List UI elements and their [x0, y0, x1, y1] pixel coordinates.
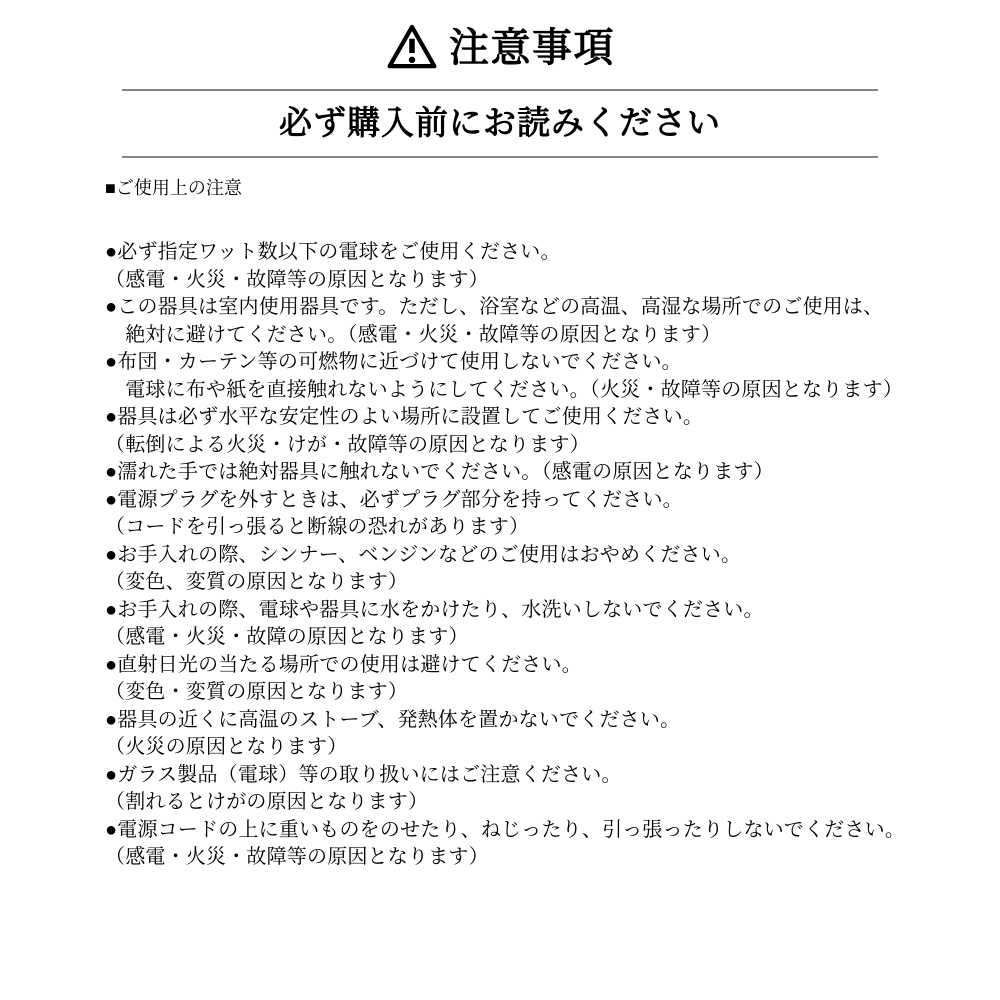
caution-item: ●器具の近くに高温のストーブ、発熱体を置かないでください。（火災の原因となります…	[105, 707, 910, 762]
caution-line: （割れるとけがの原因となります）	[105, 789, 910, 817]
caution-list: ●必ず指定ワット数以下の電球をご使用ください。（感電・火災・故障等の原因となりま…	[105, 239, 910, 872]
caution-item: ●直射日光の当たる場所での使用は避けてください。（変色・変質の原因となります）	[105, 652, 910, 707]
section-heading: ■ご使用上の注意	[105, 175, 900, 201]
caution-line: （変色・変質の原因となります）	[105, 679, 910, 707]
caution-line: ●器具の近くに高温のストーブ、発熱体を置かないでください。	[105, 707, 910, 735]
caution-line: （コードを引っ張ると断線の恐れがあります）	[105, 514, 910, 542]
caution-line: ●器具は必ず水平な安定性のよい場所に設置してご使用ください。	[105, 404, 910, 432]
divider-top	[122, 89, 878, 91]
caution-notice-page: 注意事項 必ず購入前にお読みください ■ご使用上の注意 ●必ず指定ワット数以下の…	[0, 0, 1000, 1000]
caution-line: ●お手入れの際、電球や器具に水をかけたり、水洗いしないでください。	[105, 597, 910, 625]
caution-line: ●必ず指定ワット数以下の電球をご使用ください。	[105, 239, 910, 267]
caution-line: （感電・火災・故障等の原因となります）	[105, 844, 910, 872]
caution-item: ●電源プラグを外すときは、必ずプラグ部分を持ってください。（コードを引っ張ると断…	[105, 487, 910, 542]
caution-item: ●必ず指定ワット数以下の電球をご使用ください。（感電・火災・故障等の原因となりま…	[105, 239, 910, 294]
caution-item: ●お手入れの際、シンナー、ベンジンなどのご使用はおやめください。（変色、変質の原…	[105, 542, 910, 597]
caution-item: ●電源コードの上に重いものをのせたり、ねじったり、引っ張ったりしないでください。…	[105, 817, 910, 872]
subtitle: 必ず購入前にお読みください	[0, 99, 1000, 147]
page-title: 注意事項	[449, 21, 615, 75]
caution-item: ●ガラス製品（電球）等の取り扱いにはご注意ください。（割れるとけがの原因となりま…	[105, 762, 910, 817]
caution-line: ●ガラス製品（電球）等の取り扱いにはご注意ください。	[105, 762, 910, 790]
caution-item: ●お手入れの際、電球や器具に水をかけたり、水洗いしないでください。（感電・火災・…	[105, 597, 910, 652]
caution-item: ●器具は必ず水平な安定性のよい場所に設置してご使用ください。（転倒による火災・け…	[105, 404, 910, 459]
caution-line: ●この器具は室内使用器具です。ただし、浴室などの高温、高湿な場所でのご使用は、	[105, 294, 910, 322]
divider-bottom	[122, 156, 878, 158]
caution-line: （火災の原因となります）	[105, 734, 910, 762]
caution-line: ●直射日光の当たる場所での使用は避けてください。	[105, 652, 910, 680]
caution-line: ●電源プラグを外すときは、必ずプラグ部分を持ってください。	[105, 487, 910, 515]
caution-line: ●電源コードの上に重いものをのせたり、ねじったり、引っ張ったりしないでください。	[105, 817, 910, 845]
caution-line: ●お手入れの際、シンナー、ベンジンなどのご使用はおやめください。	[105, 542, 910, 570]
page-header: 注意事項	[0, 0, 1000, 76]
caution-line: ●濡れた手では絶対器具に触れないでください。（感電の原因となります）	[105, 459, 910, 487]
warning-triangle-icon	[385, 21, 439, 75]
caution-item: ●布団・カーテン等の可燃物に近づけて使用しないでください。 電球に布や紙を直接触…	[105, 349, 910, 404]
caution-line: （転倒による火災・けが・故障等の原因となります）	[105, 432, 910, 460]
caution-line: （感電・火災・故障の原因となります）	[105, 624, 910, 652]
caution-line: ●布団・カーテン等の可燃物に近づけて使用しないでください。	[105, 349, 910, 377]
caution-line: （変色、変質の原因となります）	[105, 569, 910, 597]
caution-line: 電球に布や紙を直接触れないようにしてください。（火災・故障等の原因となります）	[105, 377, 910, 405]
caution-line: （感電・火災・故障等の原因となります）	[105, 267, 910, 295]
caution-item: ●濡れた手では絶対器具に触れないでください。（感電の原因となります）	[105, 459, 910, 487]
caution-item: ●この器具は室内使用器具です。ただし、浴室などの高温、高湿な場所でのご使用は、 …	[105, 294, 910, 349]
caution-line: 絶対に避けてください。（感電・火災・故障等の原因となります）	[105, 322, 910, 350]
